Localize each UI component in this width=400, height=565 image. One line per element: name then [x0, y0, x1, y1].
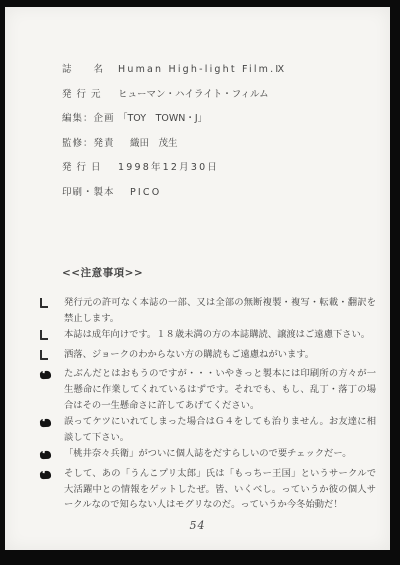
- colophon-value: ヒューマン・ハイライト・フィルム: [118, 90, 269, 100]
- notice-item: 洒落、ジョークのわからない方の購読もご遠慮ねがいます。: [36, 347, 376, 366]
- colophon-label: 編集：企画: [62, 114, 118, 124]
- corner-mark-icon: [40, 298, 48, 308]
- notice-text: 発行元の許可なく本誌の一部、又は全部の無断複製・複写・転載・翻訳を禁止します。: [64, 295, 376, 326]
- notice-text: 「桃井奈々兵衛」がついに個人誌をだすらしいので要チェックだー。: [64, 446, 376, 465]
- colophon-row-editing: 編集：企画 「TOY TOWN・J」: [62, 114, 390, 124]
- scanned-page-frame: 誌 名 Human High-light Film.Ⅸ 発 行 元 ヒューマン・…: [0, 0, 400, 565]
- hand-mark-icon: [40, 451, 52, 460]
- notice-item: 誤ってケツにいれてしまった場合はＧ４をしても治りません。お友達に相談して下さい。: [36, 414, 376, 445]
- colophon-row-title: 誌 名 Human High-light Film.Ⅸ: [62, 65, 390, 75]
- notice-text: たぶんだとはおもうのですが・・・いやきっと製本には印刷所の方々が一生懸命に作業し…: [64, 366, 376, 413]
- colophon-value: 1998年12月30日: [118, 163, 219, 173]
- notice-text: 洒落、ジョークのわからない方の購読もご遠慮ねがいます。: [64, 347, 376, 366]
- notice-item: 発行元の許可なく本誌の一部、又は全部の無断複製・複写・転載・翻訳を禁止します。: [36, 295, 376, 326]
- colophon-value: 「TOY TOWN・J」: [118, 114, 207, 124]
- colophon-row-date: 発 行 日 1998年12月30日: [62, 163, 390, 173]
- colophon-row-supervision: 監修：発責 織田 茂生: [62, 139, 390, 149]
- colophon-value: PICO: [118, 188, 161, 198]
- page-number: 54: [5, 519, 390, 532]
- colophon-row-publisher: 発 行 元 ヒューマン・ハイライト・フィルム: [62, 90, 390, 100]
- colophon-label: 誌 名: [62, 65, 118, 75]
- colophon-label: 発 行 元: [62, 90, 118, 100]
- corner-mark-icon: [40, 330, 48, 340]
- colophon-value: 織田 茂生: [118, 139, 178, 149]
- notices-section: <<注意事項>> 発行元の許可なく本誌の一部、又は全部の無断複製・複写・転載・翻…: [5, 212, 390, 513]
- colophon-row-printing: 印刷・製本 PICO: [62, 188, 390, 198]
- colophon-value: Human High-light Film.Ⅸ: [118, 65, 286, 75]
- hand-mark-icon: [40, 419, 52, 428]
- hand-mark-icon: [40, 371, 52, 380]
- notice-text: 誤ってケツにいれてしまった場合はＧ４をしても治りません。お友達に相談して下さい。: [64, 414, 376, 445]
- notice-text: 本誌は成年向けです。１８歳未満の方の本誌購読、譲渡はご遠慮下さい。: [64, 327, 376, 346]
- notice-item: 本誌は成年向けです。１８歳未満の方の本誌購読、譲渡はご遠慮下さい。: [36, 327, 376, 346]
- hand-mark-icon: [40, 471, 52, 480]
- colophon-label: 印刷・製本: [62, 188, 118, 198]
- colophon-label: 監修：発責: [62, 139, 118, 149]
- notice-text: そして、あの「うんこプリ太郎」氏は「もっちー王国」というサークルで大活躍中との情…: [64, 466, 376, 513]
- colophon-block: 誌 名 Human High-light Film.Ⅸ 発 行 元 ヒューマン・…: [5, 7, 390, 198]
- colophon-page: 誌 名 Human High-light Film.Ⅸ 発 行 元 ヒューマン・…: [5, 7, 390, 550]
- notice-item: たぶんだとはおもうのですが・・・いやきっと製本には印刷所の方々が一生懸命に作業し…: [36, 366, 376, 413]
- notice-item: 「桃井奈々兵衛」がついに個人誌をだすらしいので要チェックだー。: [36, 446, 376, 465]
- colophon-label: 発 行 日: [62, 163, 118, 173]
- notice-item: そして、あの「うんこプリ太郎」氏は「もっちー王国」というサークルで大活躍中との情…: [36, 466, 376, 513]
- notices-heading: <<注意事項>>: [36, 265, 376, 280]
- corner-mark-icon: [40, 350, 48, 360]
